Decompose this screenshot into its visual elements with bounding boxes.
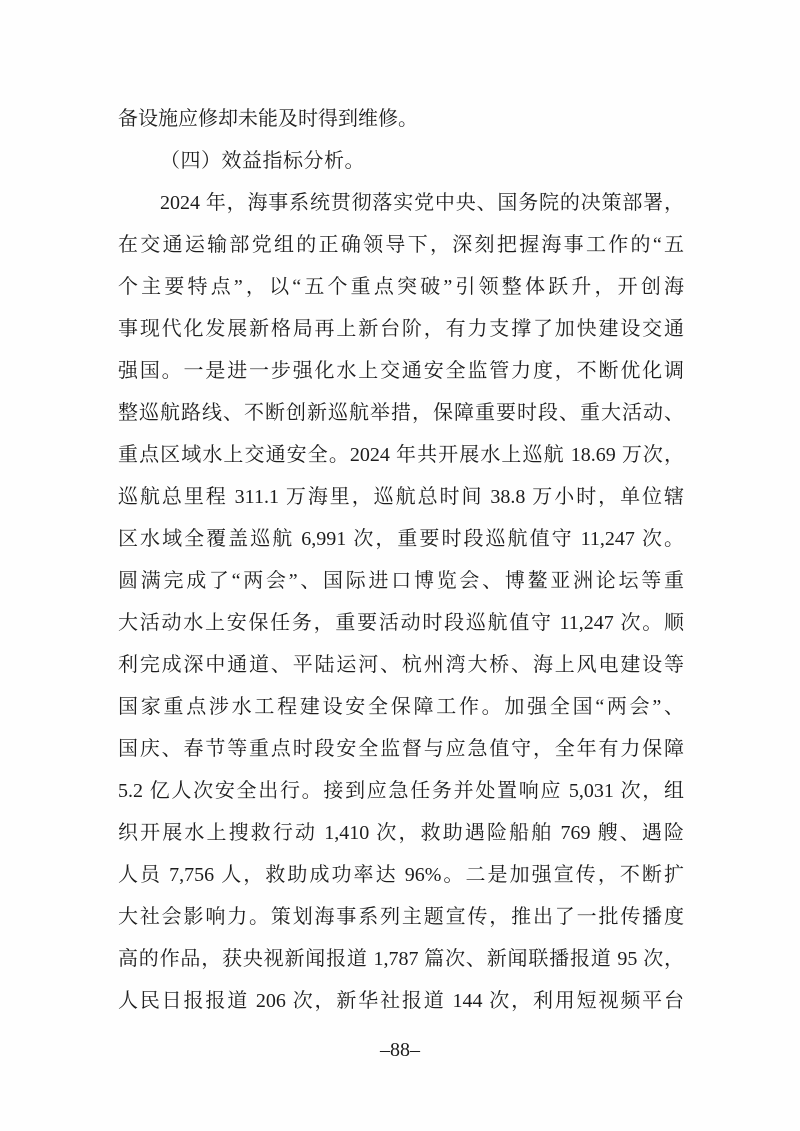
page-number: –88– — [0, 1034, 800, 1066]
text-line: 5.2 亿人次安全出行。接到应急任务并处置响应 5,031 次，组 — [118, 770, 684, 812]
text-line: 高的作品，获央视新闻报道 1,787 篇次、新闻联播报道 95 次， — [118, 938, 684, 980]
paragraph-continuation-line: 备设施应修却未能及时得到维修。 — [118, 98, 684, 140]
text-line: 织开展水上搜救行动 1,410 次，救助遇险船舶 769 艘、遇险 — [118, 812, 684, 854]
text-line: 巡航总里程 311.1 万海里，巡航总时间 38.8 万小时，单位辖 — [118, 476, 684, 518]
text-line: 人民日报报道 206 次，新华社报道 144 次，利用短视频平台 — [118, 980, 684, 1022]
text-line: 人员 7,756 人，救助成功率达 96%。二是加强宣传，不断扩 — [118, 854, 684, 896]
text-line: 圆满完成了“两会”、国际进口博览会、博鳌亚洲论坛等重 — [118, 560, 684, 602]
page-text-block: 备设施应修却未能及时得到维修。 （四）效益指标分析。 2024 年，海事系统贯彻… — [118, 98, 684, 1022]
section-heading: （四）效益指标分析。 — [118, 140, 684, 182]
text-line: 大社会影响力。策划海事系列主题宣传，推出了一批传播度 — [118, 896, 684, 938]
text-line: 国庆、春节等重点时段安全监督与应急值守，全年有力保障 — [118, 728, 684, 770]
text-line: 2024 年，海事系统贯彻落实党中央、国务院的决策部署， — [118, 182, 684, 224]
text-line: 区水域全覆盖巡航 6,991 次，重要时段巡航值守 11,247 次。 — [118, 518, 684, 560]
text-line: 利完成深中通道、平陆运河、杭州湾大桥、海上风电建设等 — [118, 644, 684, 686]
text-line: 个主要特点”，以“五个重点突破”引领整体跃升，开创海 — [118, 266, 684, 308]
text-line: 重点区域水上交通安全。2024 年共开展水上巡航 18.69 万次， — [118, 434, 684, 476]
document-page: 备设施应修却未能及时得到维修。 （四）效益指标分析。 2024 年，海事系统贯彻… — [0, 0, 800, 1131]
text-line: 强国。一是进一步强化水上交通安全监管力度，不断优化调 — [118, 350, 684, 392]
text-line: 大活动水上安保任务，重要活动时段巡航值守 11,247 次。顺 — [118, 602, 684, 644]
text-line: 国家重点涉水工程建设安全保障工作。加强全国“两会”、 — [118, 686, 684, 728]
text-line: 整巡航路线、不断创新巡航举措，保障重要时段、重大活动、 — [118, 392, 684, 434]
text-line: 在交通运输部党组的正确领导下，深刻把握海事工作的“五 — [118, 224, 684, 266]
text-line: 事现代化发展新格局再上新台阶，有力支撑了加快建设交通 — [118, 308, 684, 350]
